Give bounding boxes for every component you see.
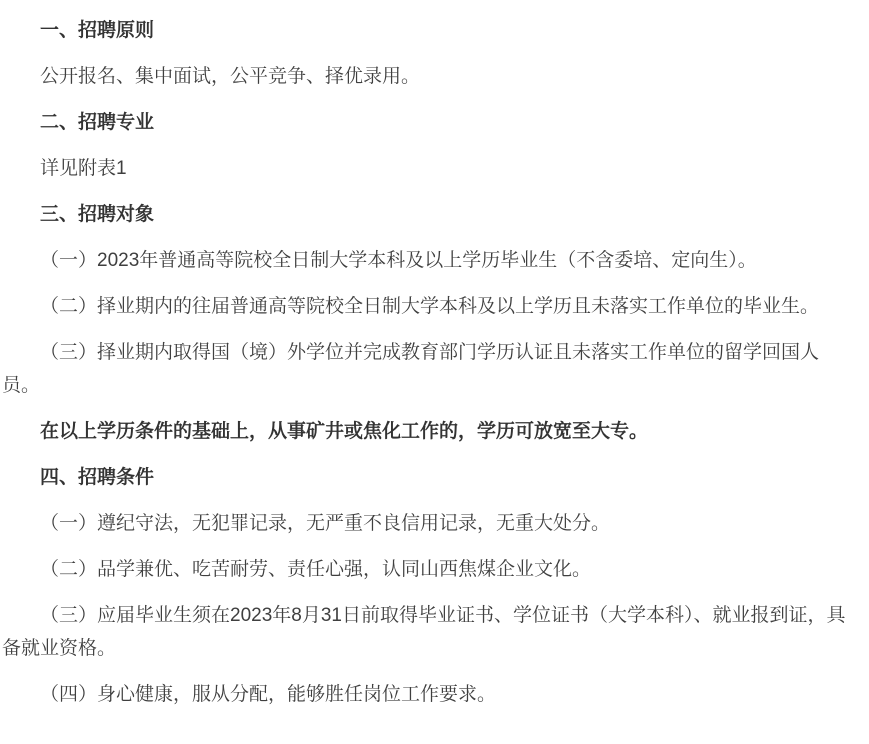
heading-recruitment-principles: 一、招聘原则 — [2, 14, 851, 47]
paragraph-education-relaxation-note: 在以上学历条件的基础上，从事矿井或焦化工作的，学历可放宽至大专。 — [2, 415, 851, 448]
paragraph-target-item-2: （二）择业期内的往届普通高等院校全日制大学本科及以上学历且未落实工作单位的毕业生… — [2, 290, 851, 323]
paragraph-condition-item-1: （一）遵纪守法，无犯罪记录，无严重不良信用记录，无重大处分。 — [2, 507, 851, 540]
paragraph-condition-item-3: （三）应届毕业生须在2023年8月31日前取得毕业证书、学位证书（大学本科）、就… — [2, 599, 851, 665]
heading-recruitment-conditions: 四、招聘条件 — [2, 461, 851, 494]
paragraph-target-item-1: （一）2023年普通高等院校全日制大学本科及以上学历毕业生（不含委培、定向生）。 — [2, 244, 851, 277]
paragraph-majors-detail: 详见附表1 — [2, 152, 851, 185]
heading-recruitment-majors: 二、招聘专业 — [2, 106, 851, 139]
paragraph-target-item-3: （三）择业期内取得国（境）外学位并完成教育部门学历认证且未落实工作单位的留学回国… — [2, 336, 851, 402]
heading-recruitment-targets: 三、招聘对象 — [2, 198, 851, 231]
paragraph-condition-item-2: （二）品学兼优、吃苦耐劳、责任心强，认同山西焦煤企业文化。 — [2, 553, 851, 586]
paragraph-principles-detail: 公开报名、集中面试，公平竞争、择优录用。 — [2, 60, 851, 93]
paragraph-condition-item-4: （四）身心健康，服从分配，能够胜任岗位工作要求。 — [2, 678, 851, 711]
article-body: 一、招聘原则公开报名、集中面试，公平竞争、择优录用。二、招聘专业详见附表1三、招… — [0, 0, 869, 744]
